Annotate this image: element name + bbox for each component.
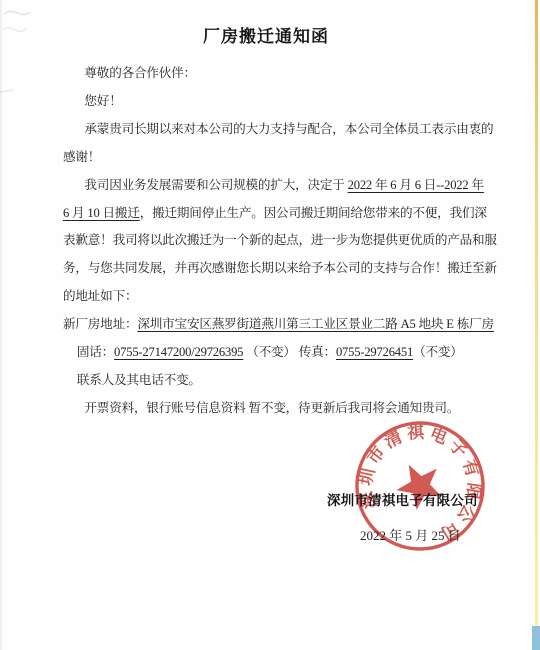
document-line: 6 月 10 日搬迁，搬迁期间停止生产。因公司搬迁期间给您带来的不便，我们深 <box>63 200 506 228</box>
scan-scratch-artifact <box>0 4 46 104</box>
underlined-text-segment: 2022 年 6 月 6 日--2022 年 <box>348 178 484 192</box>
underlined-text-segment: 6 月 10 日搬迁 <box>63 206 140 220</box>
document-body: 尊敬的各合作伙伴：您好！承蒙贵司长期以来对本公司的大力支持与配合，本公司全体员工… <box>63 60 506 423</box>
text-segment: 的地址如下： <box>63 289 137 303</box>
document-line: 联系人及其电话不变。 <box>63 367 506 395</box>
signature-date: 2022 年 5 月 25 日 <box>360 525 461 544</box>
document-line: 新厂房地址：深圳市宝安区燕罗街道燕川第三工业区景业二路 A5 地块 E 栋厂房 <box>63 311 506 339</box>
text-segment: 承蒙贵司长期以来对本公司的大力支持与配合，本公司全体员工表示由衷的 <box>84 122 493 136</box>
document-line: 您好！ <box>63 88 506 116</box>
text-segment: 联系人及其电话不变。 <box>77 373 201 387</box>
text-segment: 尊敬的各合作伙伴： <box>84 66 196 80</box>
document-line: 固话：0755-27147200/29726395 （不变） 传真：0755-2… <box>63 339 506 367</box>
document-line: 感谢！ <box>63 144 506 172</box>
text-segment: 开票资料，银行账号信息资料 暂不变，待更新后我司将会通知贵司。 <box>84 401 459 415</box>
text-segment: 我司因业务发展需要和公司规模的扩大，决定于 <box>84 178 347 192</box>
underlined-text-segment: 0755-27147200/29726395 <box>114 345 243 359</box>
text-segment: 新厂房地址： <box>63 317 137 331</box>
signature-company-name: 深圳市清祺电子有限公司 <box>327 489 478 509</box>
scan-edge-blue-strip <box>532 626 540 650</box>
document-line: 尊敬的各合作伙伴： <box>63 60 506 88</box>
document-line: 的地址如下： <box>63 283 506 311</box>
scan-edge-yellow-strip <box>535 0 538 650</box>
underlined-text-segment: 深圳市宝安区燕罗街道燕川第三工业区景业二路 A5 地块 E 栋厂房 <box>137 317 494 331</box>
document-line: 我司因业务发展需要和公司规模的扩大，决定于 2022 年 6 月 6 日--20… <box>63 172 506 200</box>
underlined-text-segment: 0755-29726451 <box>336 345 413 359</box>
document-line: 承蒙贵司长期以来对本公司的大力支持与配合，本公司全体员工表示由衷的 <box>63 116 506 144</box>
text-segment: 您好！ <box>84 94 121 108</box>
seal-group: 深圳市清祺电子有限公司 <box>334 399 507 572</box>
scanned-notice-document: { "document": { "title": "厂房搬迁通知函", "lin… <box>0 0 540 650</box>
text-segment: （不变） <box>413 345 463 359</box>
document-line: 表歉意！我司将以此次搬迁为一个新的起点，进一步为您提供更优质的产品和服 <box>63 227 506 255</box>
document-title: 厂房搬迁通知函 <box>0 22 532 47</box>
text-segment: 表歉意！我司将以此次搬迁为一个新的起点，进一步为您提供更优质的产品和服 <box>63 233 497 247</box>
text-segment: （不变） 传真： <box>243 345 336 359</box>
document-line: 务，与您共同发展，并再次感谢您长期以来给予本公司的支持与合作！搬迁至新 <box>63 255 506 283</box>
text-segment: ，搬迁期间停止生产。因公司搬迁期间给您带来的不便，我们深 <box>140 206 487 220</box>
text-segment: 固话： <box>77 345 114 359</box>
scan-left-edge-shadow <box>0 0 3 650</box>
text-segment: 感谢！ <box>63 150 100 164</box>
text-segment: 务，与您共同发展，并再次感谢您长期以来给予本公司的支持与合作！搬迁至新 <box>63 261 497 275</box>
